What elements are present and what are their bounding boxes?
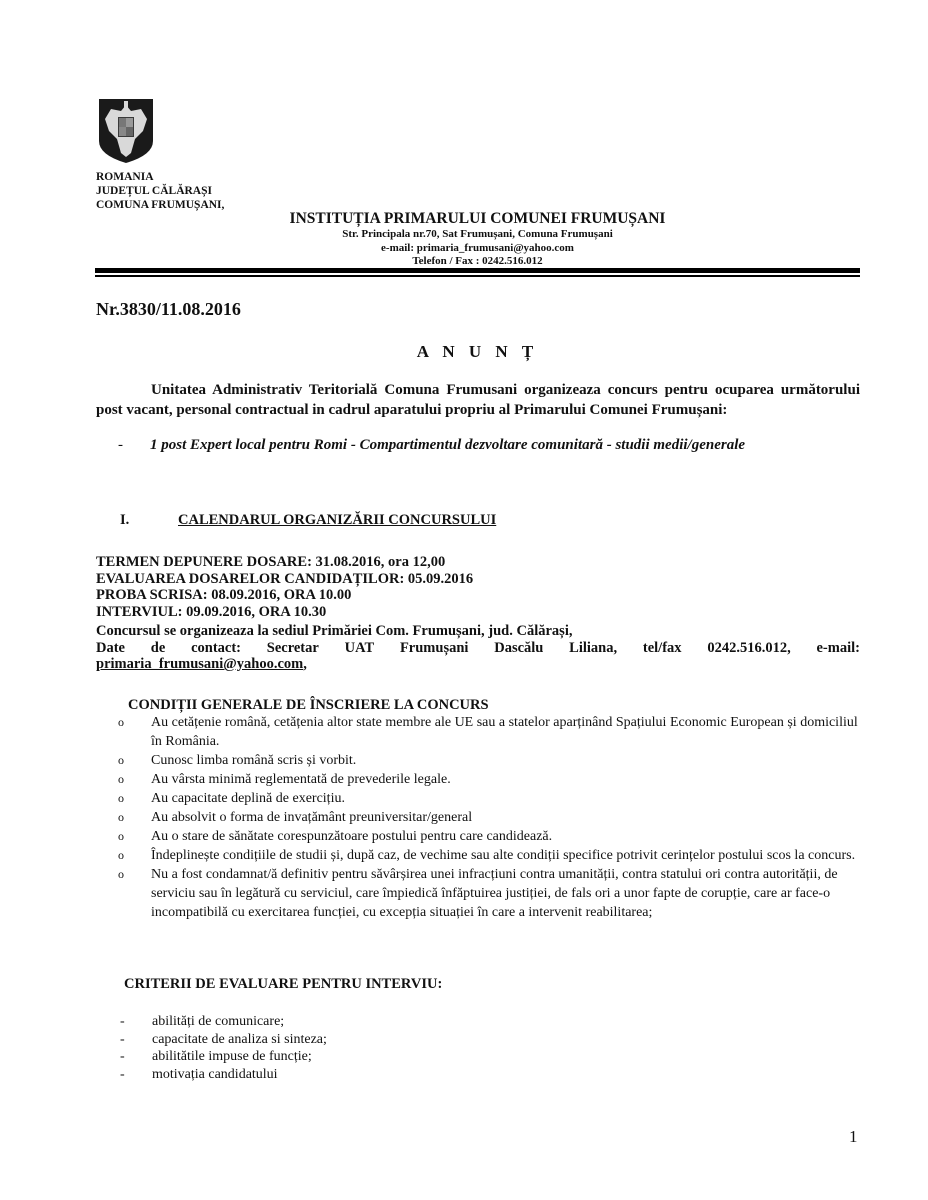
condition-text: Îndeplinește condițiile de studii și, du… [151, 848, 855, 863]
circle-bullet-icon: o [118, 713, 124, 732]
criteria-item: -motivația candidatului [120, 1066, 327, 1084]
condition-text: Cunosc limba română scris și vorbit. [151, 753, 356, 768]
calendar-list: TERMEN DEPUNERE DOSARE: 31.08.2016, ora … [96, 554, 473, 620]
contact-word: Date [96, 640, 125, 657]
contact-word: Secretar [267, 640, 319, 657]
condition-text: Au cetățenie română, cetățenia altor sta… [151, 715, 858, 749]
contact-email-line: primaria_frumusani@yahoo.com, [96, 656, 860, 673]
dash-bullet: - [120, 1031, 152, 1049]
condition-item: oAu o stare de sănătate corespunzătoare … [118, 827, 863, 846]
contact-word: 0242.516.012, [707, 640, 790, 657]
condition-item: oAu cetățenie română, cetățenia altor st… [118, 713, 863, 751]
vacant-post: -1 post Expert local pentru Romi - Compa… [118, 437, 745, 454]
issuer-identification: ROMANIA JUDEȚUL CĂLĂRAȘI COMUNA FRUMUȘAN… [96, 170, 224, 212]
circle-bullet-icon: o [118, 827, 124, 846]
page-number: 1 [849, 1127, 858, 1147]
calendar-item: TERMEN DEPUNERE DOSARE: 31.08.2016, ora … [96, 554, 473, 571]
criteria-item: -abilitătile impuse de funcție; [120, 1048, 327, 1066]
intro-paragraph: Unitatea Administrativ Teritorială Comun… [96, 380, 860, 420]
circle-bullet-icon: o [118, 846, 124, 865]
document-number: Nr.3830/11.08.2016 [96, 299, 241, 320]
section-title: CALENDARUL ORGANIZĂRII CONCURSULUI [178, 512, 496, 528]
condition-text: Nu a fost condamnat/ă definitiv pentru s… [151, 867, 838, 920]
circle-bullet-icon: o [118, 751, 124, 770]
contact-word: UAT [345, 640, 375, 657]
condition-item: oAu capacitate deplină de exercițiu. [118, 789, 863, 808]
circle-bullet-icon: o [118, 789, 124, 808]
condition-text: Au vârsta minimă reglementată de prevede… [151, 772, 451, 787]
dash-bullet: - [118, 437, 150, 454]
institution-phone: Telefon / Fax : 0242.516.012 [95, 255, 860, 269]
institution-header: INSTITUȚIA PRIMARULUI COMUNEI FRUMUȘANI … [95, 210, 860, 269]
condition-text: Au o stare de sănătate corespunzătoare p… [151, 829, 552, 844]
section-calendar-heading: I.CALENDARUL ORGANIZĂRII CONCURSULUI [120, 512, 496, 529]
condition-item: oCunosc limba română scris și vorbit. [118, 751, 863, 770]
document-title: A N U N Ț [95, 342, 860, 362]
header-divider-thick [95, 268, 860, 273]
dash-bullet: - [120, 1066, 152, 1084]
punctuation: , [303, 656, 307, 672]
condition-text: Au capacitate deplină de exercițiu. [151, 791, 345, 806]
dash-bullet: - [120, 1013, 152, 1031]
institution-address: Str. Principala nr.70, Sat Frumușani, Co… [95, 228, 860, 242]
contact-word: Frumușani [400, 640, 469, 657]
country-label: ROMANIA [96, 170, 224, 184]
contact-word: contact: [191, 640, 241, 657]
header-divider-thin [95, 275, 860, 277]
contact-word: Dascălu [494, 640, 543, 657]
contact-line: Date de contact: Secretar UAT Frumușani … [96, 640, 860, 657]
criteria-text: motivația candidatului [152, 1067, 278, 1082]
conditions-list: oAu cetățenie română, cetățenia altor st… [118, 713, 863, 922]
condition-item: oÎndeplinește condițiile de studii și, d… [118, 846, 863, 865]
contact-word: e-mail: [816, 640, 859, 657]
condition-item: oNu a fost condamnat/ă definitiv pentru … [118, 865, 863, 922]
condition-item: oAu absolvit o forma de invațământ preun… [118, 808, 863, 827]
contact-word: de [151, 640, 166, 657]
condition-item: oAu vârsta minimă reglementată de preved… [118, 770, 863, 789]
criteria-item: -capacitate de analiza si sinteza; [120, 1031, 327, 1049]
contact-word: Liliana, [569, 640, 617, 657]
institution-title: INSTITUȚIA PRIMARULUI COMUNEI FRUMUȘANI [95, 210, 860, 228]
criteria-item: -abilități de comunicare; [120, 1013, 327, 1031]
criteria-text: abilități de comunicare; [152, 1014, 284, 1029]
calendar-item: EVALUAREA DOSARELOR CANDIDAȚILOR: 05.09.… [96, 571, 473, 588]
institution-email: e-mail: primaria_frumusani@yahoo.com [95, 242, 860, 256]
condition-text: Au absolvit o forma de invațământ preuni… [151, 810, 472, 825]
county-label: JUDEȚUL CĂLĂRAȘI [96, 184, 224, 198]
criteria-heading: CRITERII DE EVALUARE PENTRU INTERVIU: [124, 976, 442, 993]
calendar-item: INTERVIUL: 09.09.2016, ORA 10.30 [96, 604, 473, 621]
location-contact: Concursul se organizeaza la sediul Primă… [96, 623, 860, 673]
criteria-list: -abilități de comunicare; -capacitate de… [120, 1013, 327, 1083]
circle-bullet-icon: o [118, 770, 124, 789]
criteria-text: capacitate de analiza si sinteza; [152, 1032, 327, 1047]
circle-bullet-icon: o [118, 808, 124, 827]
dash-bullet: - [120, 1048, 152, 1066]
conditions-heading: CONDIȚII GENERALE DE ÎNSCRIERE LA CONCUR… [128, 697, 489, 714]
location-text: Concursul se organizeaza la sediul Primă… [96, 623, 860, 640]
section-number: I. [120, 512, 178, 529]
calendar-item: PROBA SCRISA: 08.09.2016, ORA 10.00 [96, 587, 473, 604]
vacant-post-text: 1 post Expert local pentru Romi - Compar… [150, 437, 745, 453]
romania-coat-of-arms-icon [97, 97, 155, 165]
criteria-text: abilitătile impuse de funcție; [152, 1049, 312, 1064]
contact-word: tel/fax [643, 640, 682, 657]
contact-email-link[interactable]: primaria_frumusani@yahoo.com [96, 656, 303, 672]
circle-bullet-icon: o [118, 865, 124, 884]
